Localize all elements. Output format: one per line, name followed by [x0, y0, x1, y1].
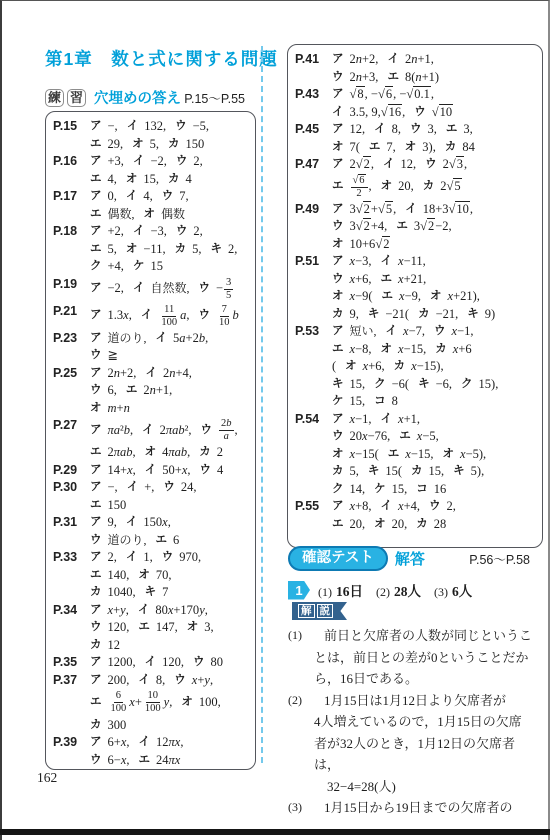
- answer-entry: P.29ア14+x,イ50+x,ウ4: [53, 462, 251, 480]
- answer-value: ,: [431, 86, 434, 104]
- answer-value: 12,: [401, 156, 417, 174]
- answer-value: 150: [108, 497, 127, 515]
- practice-page-range: P.15～P.55: [184, 89, 245, 107]
- explanation-badge-char-2: 説: [317, 604, 334, 618]
- page-ref: P.43: [295, 86, 332, 104]
- sqrt-expression: √0.1: [406, 86, 431, 104]
- kana-option-label: キ: [453, 463, 465, 481]
- kana-option-label: エ: [381, 271, 393, 289]
- answer-value: 147,: [156, 619, 178, 637]
- page-number: 162: [37, 770, 57, 786]
- kana-option-label: ウ: [90, 382, 102, 400]
- answer-value: 14,: [350, 481, 366, 499]
- answer-line: (オx+6,カx−15),: [332, 358, 538, 376]
- answer-value: 16: [434, 481, 447, 499]
- answer-value: x−7,: [403, 323, 425, 341]
- answer-entry: P.25ア2n+2,イ2n+4,ウ6,エ2n+1,オm+n: [53, 365, 251, 418]
- explanation-line: 1月15日から19日までの欠席者の: [314, 797, 534, 819]
- page-ref: P.21: [53, 303, 90, 321]
- answer-line: ア短い,イx−7,ウx−1,: [332, 323, 538, 341]
- kana-option-label: ウ: [90, 752, 102, 770]
- answer-value: 24πx: [156, 752, 180, 770]
- practice-badge-char-2: 習: [67, 89, 86, 107]
- answer-entry: P.55アx+8,イx+4,ウ2,エ20,オ20,カ28: [295, 498, 538, 533]
- fraction: 6100: [109, 690, 129, 715]
- page-ref: P.53: [295, 323, 332, 341]
- answer-item-number: (1): [318, 585, 332, 599]
- answer-value: x−15,: [398, 341, 426, 359]
- answer-value: 10: [219, 317, 230, 328]
- page-ref: P.49: [295, 201, 332, 219]
- kana-option-label: ウ: [174, 672, 186, 690]
- test-page-range: P.56～P.58: [469, 550, 530, 568]
- answer-value: ,: [393, 201, 396, 219]
- answer-value: x−9,: [399, 288, 421, 306]
- answer-value: m+n: [108, 400, 130, 418]
- page-ref: P.34: [53, 602, 90, 620]
- answer-line: エ20,オ20,カ28: [332, 516, 538, 534]
- answer-value: 2: [356, 188, 361, 199]
- kana-option-label: ア: [332, 86, 344, 104]
- kana-option-label: エ: [90, 206, 102, 224]
- question-1-answer-list: (1)16日(2)28人(3)6人: [318, 580, 485, 600]
- kana-option-label: オ: [145, 444, 157, 462]
- kana-option-label: ウ: [198, 307, 210, 325]
- answer-value: 7,: [179, 188, 188, 206]
- kana-option-label: オ: [187, 619, 199, 637]
- page-ref: P.27: [53, 417, 90, 435]
- kana-option-label: キ: [332, 376, 344, 394]
- explanation-badge-char-1: 解: [298, 604, 315, 618]
- answer-line: ア3√2+√5,イ18+3√10,: [332, 201, 538, 219]
- kana-option-label: イ: [156, 330, 168, 348]
- answer-line: ウ6−x,エ24πx: [90, 752, 251, 770]
- answer-value: x−1,: [452, 323, 474, 341]
- kana-option-label: ア: [90, 365, 102, 383]
- kana-option-label: ウ: [200, 462, 212, 480]
- answer-line: ア1200,イ120,ウ80: [90, 654, 251, 672]
- explanation-line: とは，前日との差が0ということだか: [314, 647, 534, 669]
- answer-entry: P.39ア6+x,イ12πx,ウ6−x,エ24πx: [53, 734, 251, 769]
- kana-option-label: ア: [332, 156, 344, 174]
- kana-option-label: カ: [90, 637, 102, 655]
- kana-option-label: ア: [90, 280, 102, 298]
- answer-value: x−5),: [460, 446, 486, 464]
- chapter-title: 第1章 数と式に関する問題: [45, 46, 278, 71]
- answer-entry: P.37ア200,イ8,ウx+y,エ6100x+10100y,オ100,カ300: [53, 672, 251, 734]
- practice-header: 練 習 穴埋めの答え P.15～P.55: [45, 87, 245, 108]
- answer-line: エ偶数,オ偶数: [90, 206, 251, 224]
- explanation-badge: 解説: [292, 602, 347, 620]
- page-ref: P.30: [53, 479, 90, 497]
- answer-value: 300: [108, 717, 127, 735]
- answer-line: カ12: [90, 637, 251, 655]
- page-ref: P.18: [53, 223, 90, 241]
- kana-option-label: ウ: [332, 69, 344, 87]
- explanation-line: は，: [314, 754, 534, 776]
- kana-option-label: ウ: [414, 104, 426, 122]
- answer-item-value: 28人: [394, 584, 421, 599]
- explanation-item: (1)前日と欠席者の人数が同じということは，前日との差が0ということだから，16…: [288, 625, 534, 690]
- kana-option-label: ウ: [162, 549, 174, 567]
- answer-value: 20,: [392, 516, 408, 534]
- answer-line: ケ15,コ8: [332, 393, 538, 411]
- answer-value: 2n+1,: [143, 382, 172, 400]
- answer-line: アx+y,イ80x+170y,: [90, 602, 251, 620]
- kana-option-label: ウ: [332, 428, 344, 446]
- answer-entry: P.43ア√8, −√6, −√0.1,イ3.5, 9,√16,ウ√10: [295, 86, 538, 121]
- page-ref: P.55: [295, 498, 332, 516]
- answer-value: 4,: [143, 188, 152, 206]
- answer-text: 偶数,: [108, 206, 135, 224]
- kana-option-label: エ: [399, 428, 411, 446]
- answer-item: (2)28人: [376, 580, 421, 600]
- answer-line: ア−,イ132,ウ−5,: [90, 118, 251, 136]
- kana-option-label: キ: [368, 306, 380, 324]
- kana-option-label: イ: [133, 153, 145, 171]
- answer-value: ,: [470, 201, 473, 219]
- answer-value: 7,: [386, 139, 395, 157]
- answer-value: 120,: [162, 654, 184, 672]
- answer-value: −,: [108, 479, 118, 497]
- answer-line: ア−,イ+,ウ24,: [90, 479, 251, 497]
- kana-option-label: ウ: [332, 218, 344, 236]
- answer-line: エ4,オ15,カ4: [90, 171, 251, 189]
- answer-entry: P.18ア+2,イ−3,ウ2,エ5,オ−11,カ5,キ2,ク+4,ケ15: [53, 223, 251, 276]
- answer-item-number: (3): [434, 585, 448, 599]
- kana-option-label: イ: [138, 672, 150, 690]
- kana-option-label: カ: [332, 463, 344, 481]
- answer-value: x+6,: [363, 358, 385, 376]
- answer-value: (: [332, 358, 336, 376]
- answer-value: −2,: [150, 153, 166, 171]
- sqrt-expression: √10: [432, 104, 453, 122]
- answer-value: x+8,: [350, 498, 372, 516]
- answer-line: ア1.3x,イ11100a,ウ710b: [90, 303, 251, 330]
- kana-option-label: ア: [332, 201, 344, 219]
- kana-option-label: オ: [405, 139, 417, 157]
- kana-option-label: キ: [418, 376, 430, 394]
- kana-option-label: コ: [416, 481, 428, 499]
- page-ref: P.39: [53, 734, 90, 752]
- answer-line: ア6+x,イ12πx,: [90, 734, 251, 752]
- answer-value: 11: [164, 304, 174, 315]
- explanation-text-block: (1)前日と欠席者の人数が同じということは，前日との差が0ということだから，16…: [288, 625, 534, 819]
- kana-option-label: エ: [396, 218, 408, 236]
- answer-line: ア2n+2,イ2n+4,: [90, 365, 251, 383]
- answer-text: 自然数,: [150, 280, 189, 298]
- answer-line: アx+8,イx+4,ウ2,: [332, 498, 538, 516]
- page-ref: P.37: [53, 672, 90, 690]
- answer-line: オ10+6√2: [332, 236, 538, 254]
- answer-value: 15,: [350, 393, 366, 411]
- answer-value: 15,: [429, 463, 445, 481]
- kana-option-label: オ: [332, 446, 344, 464]
- kana-option-label: ウ: [90, 619, 102, 637]
- kana-option-label: ア: [90, 462, 102, 480]
- answer-line: エ5,オ−11,カ5,キ2,: [90, 241, 251, 259]
- answer-value: −,: [108, 118, 118, 136]
- answer-value: 12,: [350, 121, 366, 139]
- kana-option-label: キ: [368, 463, 380, 481]
- explanation-number: (2): [288, 690, 314, 712]
- answer-value: 5),: [471, 463, 485, 481]
- answer-value: 5,: [108, 241, 117, 259]
- answer-line: ウ20x−76,エx−5,: [332, 428, 538, 446]
- answer-value: 5,: [350, 463, 359, 481]
- kana-option-label: ケ: [133, 258, 145, 276]
- answer-entry: P.16ア+3,イ−2,ウ2,エ4,オ15,カ4: [53, 153, 251, 188]
- column-divider: [261, 46, 263, 763]
- answer-value: ,: [371, 156, 374, 174]
- kana-option-label: ア: [90, 118, 102, 136]
- kana-option-label: ア: [90, 734, 102, 752]
- kana-option-label: イ: [332, 104, 344, 122]
- kana-option-label: イ: [127, 479, 139, 497]
- answer-line: イ3.5, 9,√16,ウ√10: [332, 104, 538, 122]
- answer-value: −3,: [150, 223, 166, 241]
- kana-option-label: イ: [141, 307, 153, 325]
- kana-option-label: エ: [90, 497, 102, 515]
- answer-text: 短い,: [350, 323, 377, 341]
- answer-value: ,: [464, 156, 467, 174]
- kana-option-label: カ: [394, 358, 406, 376]
- answer-value: 7: [222, 304, 227, 315]
- answers-box-left: P.15ア−,イ132,ウ−5,エ29,オ5,カ150P.16ア+3,イ−2,ウ…: [45, 111, 256, 770]
- answer-value: 5,: [192, 241, 201, 259]
- answer-line: ア2,イ1,ウ970,: [90, 549, 251, 567]
- answer-value: 84: [462, 139, 475, 157]
- answer-value: x−3,: [350, 253, 372, 271]
- page-ref: P.25: [53, 365, 90, 383]
- answer-line: ク+4,ケ15: [90, 258, 251, 276]
- fraction: 11100: [159, 304, 179, 329]
- fraction: 10100: [143, 690, 163, 715]
- answer-value: 15(: [385, 463, 402, 481]
- practice-badge-char-1: 練: [45, 89, 64, 107]
- kana-option-label: エ: [90, 241, 102, 259]
- answer-line: オx−15(エx−15,オx−5),: [332, 446, 538, 464]
- answer-entry: P.51アx−3,イx−11,ウx+6,エx+21,オx−9(エx−9,オx+2…: [295, 253, 538, 323]
- kana-option-label: イ: [126, 514, 138, 532]
- kana-option-label: ア: [332, 121, 344, 139]
- answer-value: +4,: [371, 218, 387, 236]
- answer-value: x−15,: [405, 446, 433, 464]
- answer-value: −21(: [385, 306, 409, 324]
- kana-option-label: ア: [90, 602, 102, 620]
- kana-option-label: エ: [369, 139, 381, 157]
- answer-value: 100,: [199, 694, 221, 712]
- answer-value: 70,: [156, 567, 172, 585]
- answer-line: オx−9(エx−9,オx+21),: [332, 288, 538, 306]
- explanation-number: (1): [288, 625, 314, 647]
- kana-option-label: オ: [144, 206, 156, 224]
- page-ref: P.29: [53, 462, 90, 480]
- answer-value: 29,: [108, 136, 124, 154]
- answer-value: 5: [226, 290, 231, 301]
- kana-option-label: オ: [430, 288, 442, 306]
- kana-option-label: オ: [90, 400, 102, 418]
- answer-entry: P.49ア3√2+√5,イ18+3√10,ウ3√2+4,エ3√2−2,オ10+6…: [295, 201, 538, 254]
- answer-value: 8,: [156, 672, 165, 690]
- kana-option-label: イ: [138, 602, 150, 620]
- answer-value: 9,: [108, 514, 117, 532]
- answer-value: y,: [164, 694, 173, 712]
- kana-option-label: イ: [383, 156, 395, 174]
- answer-value: 2n+1,: [405, 51, 434, 69]
- sqrt-expression: √10: [449, 201, 470, 219]
- kana-option-label: キ: [467, 306, 479, 324]
- answer-entry: P.41ア2n+2,イ2n+1,ウ2n+3,エ8(n+1): [295, 51, 538, 86]
- answer-value: 0,: [108, 188, 117, 206]
- answer-line: オ7(エ7,オ3),カ84: [332, 139, 538, 157]
- answer-value: 24,: [181, 479, 197, 497]
- answer-line: ウ道のり,エ6: [90, 532, 251, 550]
- kana-option-label: ク: [461, 376, 473, 394]
- answer-value: 120,: [108, 619, 130, 637]
- kana-option-label: ア: [332, 323, 344, 341]
- kana-option-label: ウ: [429, 498, 441, 516]
- kana-option-label: カ: [411, 463, 423, 481]
- kana-option-label: オ: [126, 241, 138, 259]
- answer-value: 1200,: [108, 654, 136, 672]
- answer-value: 3,: [204, 619, 213, 637]
- kana-option-label: カ: [90, 717, 102, 735]
- kana-option-label: エ: [90, 444, 102, 462]
- answer-entry: P.53ア短い,イx−7,ウx−1,エx−8,オx−15,カx+6(オx+6,カ…: [295, 323, 538, 411]
- answer-line: ウ3√2+4,エ3√2−2,: [332, 218, 538, 236]
- answer-entry: P.31ア9,イ150x,ウ道のり,エ6: [53, 514, 251, 549]
- answer-value: 970,: [179, 549, 201, 567]
- kana-option-label: イ: [126, 549, 138, 567]
- kana-option-label: エ: [382, 288, 394, 306]
- page-ref: P.51: [295, 253, 332, 271]
- kana-option-label: ウ: [201, 422, 213, 440]
- answer-value: 3),: [422, 139, 436, 157]
- kana-option-label: オ: [381, 178, 393, 196]
- answer-line: キ15,ク−6(キ−6,ク15),: [332, 376, 538, 394]
- kana-option-label: エ: [126, 382, 138, 400]
- page-ref: P.16: [53, 153, 90, 171]
- answer-value: 50+x,: [162, 462, 190, 480]
- kana-option-label: エ: [90, 136, 102, 154]
- answer-value: 15,: [350, 376, 366, 394]
- answer-value: 2πab,: [108, 444, 136, 462]
- answer-line: エ√62,オ20,カ2√5: [332, 174, 538, 201]
- answer-entry: P.19ア−2,イ自然数,ウ−35: [53, 276, 251, 303]
- kana-option-label: オ: [332, 288, 344, 306]
- answer-entry: P.47ア2√2,イ12,ウ2√3,エ√62,オ20,カ2√5: [295, 156, 538, 201]
- kana-option-label: ケ: [332, 393, 344, 411]
- answer-value: x+y,: [108, 602, 129, 620]
- kana-option-label: ア: [90, 479, 102, 497]
- kana-option-label: カ: [445, 139, 457, 157]
- answer-item: (1)16日: [318, 580, 363, 600]
- kana-option-label: ウ: [176, 153, 188, 171]
- answer-value: x−9(: [350, 288, 373, 306]
- page-ref: P.15: [53, 118, 90, 136]
- explanation-number: (3): [288, 797, 314, 819]
- answer-line: ア0,イ4,ウ7,: [90, 188, 251, 206]
- answer-value: x−15(: [350, 446, 379, 464]
- answer-line: エ29,オ5,カ150: [90, 136, 251, 154]
- kana-option-label: カ: [175, 241, 187, 259]
- kana-option-label: イ: [374, 121, 386, 139]
- answer-value: −6,: [436, 376, 452, 394]
- answer-value: 8(n+1): [405, 69, 439, 87]
- answer-value: 140,: [108, 567, 130, 585]
- answer-item-value: 6人: [452, 584, 472, 599]
- kana-option-label: イ: [126, 188, 138, 206]
- answer-value: x+6: [453, 341, 472, 359]
- answer-line: エx−8,オx−15,カx+6: [332, 341, 538, 359]
- answer-line: ア道のり,イ5a+2b,: [90, 330, 251, 348]
- answer-entry: P.17ア0,イ4,ウ7,エ偶数,オ偶数: [53, 188, 251, 223]
- answer-value: 6+x,: [108, 734, 130, 752]
- answer-value: x+4,: [398, 498, 420, 516]
- answer-value: 20x−76,: [350, 428, 391, 446]
- kana-option-label: エ: [90, 171, 102, 189]
- kana-option-label: エ: [139, 752, 151, 770]
- kana-option-label: イ: [387, 51, 399, 69]
- page-ref: P.33: [53, 549, 90, 567]
- kana-option-label: オ: [332, 139, 344, 157]
- answer-value: x+: [129, 694, 142, 712]
- kana-option-label: エ: [332, 341, 344, 359]
- answer-value: 12: [108, 637, 121, 655]
- explanation-line: 前日と欠席者の人数が同じというこ: [314, 625, 534, 647]
- kana-option-label: ク: [90, 258, 102, 276]
- answer-item-value: 16日: [336, 584, 363, 599]
- page-ref: P.35: [53, 654, 90, 672]
- answer-line: ア−2,イ自然数,ウ−35: [90, 276, 251, 303]
- kana-option-label: イ: [386, 323, 398, 341]
- kana-option-label: ア: [90, 654, 102, 672]
- explanation-line: 1月15日は1月12日より欠席者が: [314, 690, 534, 712]
- kana-option-label: オ: [332, 236, 344, 254]
- sqrt-expression: √2: [420, 218, 435, 236]
- kana-option-label: ア: [332, 411, 344, 429]
- answer-value: , −: [393, 86, 406, 104]
- answer-value: 2,: [228, 241, 237, 259]
- kana-option-label: イ: [145, 654, 157, 672]
- answer-line: ク14,ケ15,コ16: [332, 481, 538, 499]
- answer-entry: P.30ア−,イ+,ウ24,エ150: [53, 479, 251, 514]
- kana-option-label: エ: [90, 694, 102, 712]
- kana-option-label: イ: [142, 422, 154, 440]
- page-ref: P.41: [295, 51, 332, 69]
- answer-line: カ300: [90, 717, 251, 735]
- kana-option-label: ア: [90, 153, 102, 171]
- answer-value: 15: [150, 258, 163, 276]
- answer-value: 2b: [221, 418, 232, 429]
- kana-option-label: エ: [138, 619, 150, 637]
- kana-option-label: ア: [332, 253, 344, 271]
- answer-value: 9,: [350, 306, 359, 324]
- kana-option-label: キ: [145, 584, 157, 602]
- page-ref: P.17: [53, 188, 90, 206]
- kana-option-label: オ: [374, 516, 386, 534]
- answer-value: 3,: [428, 121, 437, 139]
- answer-value: 18+3: [423, 201, 449, 219]
- sqrt-expression: √2: [375, 236, 390, 254]
- answer-value: 6−x,: [108, 752, 130, 770]
- answers-box-right: P.41ア2n+2,イ2n+1,ウ2n+3,エ8(n+1)P.43ア√8, −√…: [287, 44, 543, 548]
- sqrt-expression: √5: [447, 178, 462, 196]
- answer-line: ア√8, −√6, −√0.1,: [332, 86, 538, 104]
- answer-value: 100: [111, 703, 127, 714]
- explanation-line: ら，16日である。: [314, 668, 534, 690]
